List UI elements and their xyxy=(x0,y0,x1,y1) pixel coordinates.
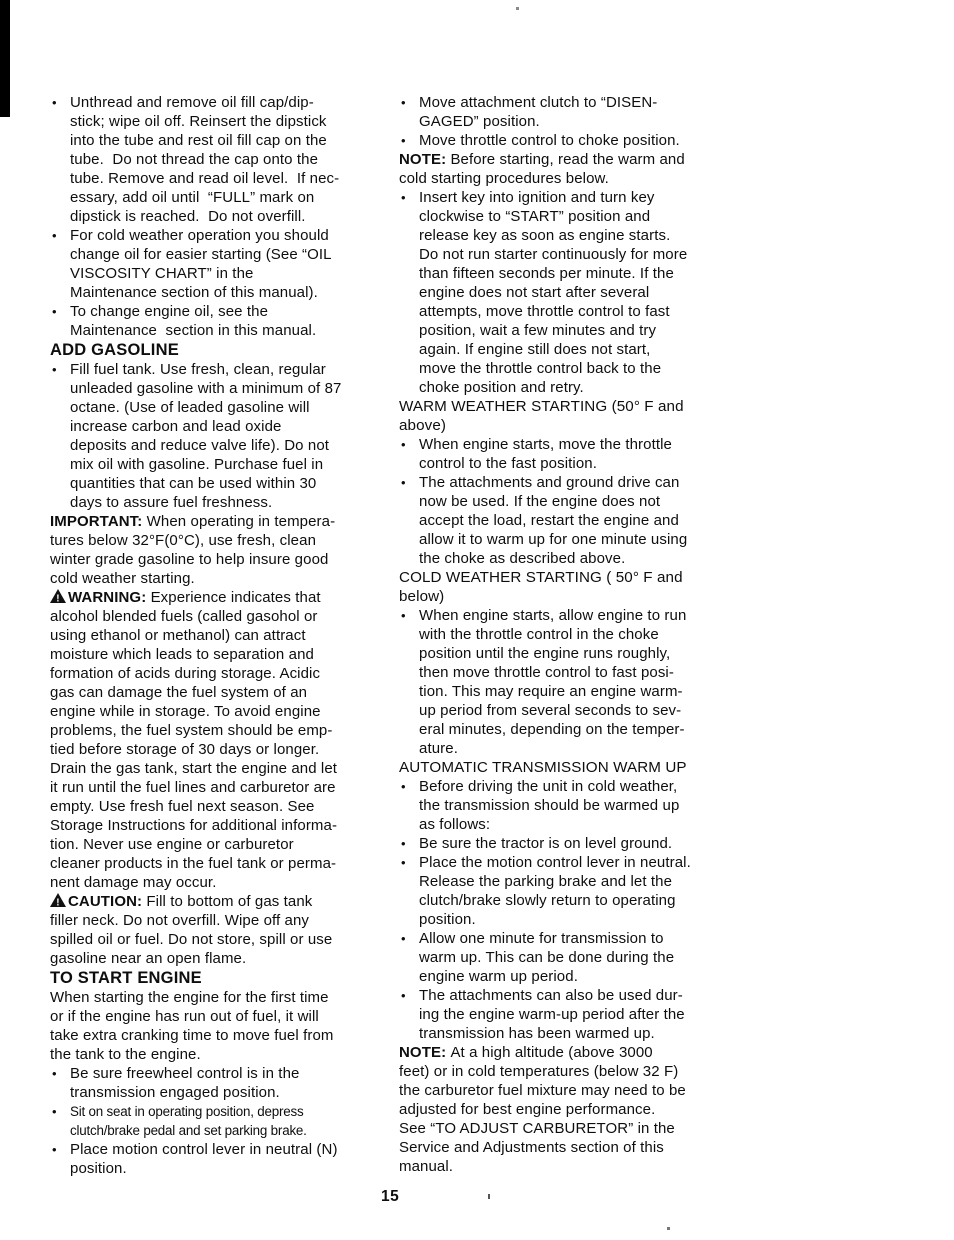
scan-speck xyxy=(488,1194,490,1199)
bullet-icon: • xyxy=(50,302,70,321)
list-item: •Place motion control lever in neutral (… xyxy=(50,1140,390,1178)
bold-lead-in: CAUTION: xyxy=(68,893,146,910)
list-item-text: Be sure freewheel control is in the tran… xyxy=(70,1064,390,1102)
bullet-icon: • xyxy=(399,929,419,948)
list-item-text: When engine starts, move the throttle co… xyxy=(419,435,736,473)
bullet-icon: • xyxy=(50,226,70,245)
bullet-icon: • xyxy=(399,986,419,1005)
left-column: •Unthread and remove oil fill cap/dip- s… xyxy=(50,93,390,1178)
bullet-icon: • xyxy=(399,777,419,796)
warning-paragraph: !WARNING: Experience indicates that alco… xyxy=(50,588,390,892)
para-text: NOTE: Before starting, read the warm and… xyxy=(399,150,736,188)
paragraph: NOTE: Before starting, read the warm and… xyxy=(399,150,736,188)
bullet-icon: • xyxy=(399,93,419,112)
para-text: When starting the engine for the first t… xyxy=(50,988,390,1064)
subhead-warm-weather-starting: WARM WEATHER STARTING (50° F and above) xyxy=(399,397,736,435)
list-item: •Move attachment clutch to “DISEN- GAGED… xyxy=(399,93,736,131)
list-item: •Be sure freewheel control is in the tra… xyxy=(50,1064,390,1102)
list-item-text: To change engine oil, see the Maintenanc… xyxy=(70,302,390,340)
svg-text:!: ! xyxy=(56,594,59,604)
list-item: •Be sure the tractor is on level ground. xyxy=(399,834,736,853)
alert-text: !CAUTION: Fill to bottom of gas tank fil… xyxy=(50,892,390,968)
bullet-icon: • xyxy=(399,131,419,150)
scan-speck xyxy=(516,7,519,10)
list-item-text: Insert key into ignition and turn key cl… xyxy=(419,188,736,397)
list-item: •When engine starts, allow engine to run… xyxy=(399,606,736,758)
list-item: •Place the motion control lever in neutr… xyxy=(399,853,736,929)
subhead-text: AUTOMATIC TRANSMISSION WARM UP xyxy=(399,758,736,777)
bullet-icon: • xyxy=(50,360,70,379)
page-number: 15 xyxy=(381,1188,399,1206)
list-item-text: The attachments can also be used dur- in… xyxy=(419,986,736,1043)
bullet-icon: • xyxy=(50,1064,70,1083)
warning-triangle-icon: ! xyxy=(50,588,66,607)
list-item-text: Be sure the tractor is on level ground. xyxy=(419,834,736,853)
list-item-text: Sit on seat in operating position, depre… xyxy=(70,1102,390,1140)
bullet-icon: • xyxy=(399,606,419,625)
list-item: •Unthread and remove oil fill cap/dip- s… xyxy=(50,93,390,226)
subhead-cold-weather-starting: COLD WEATHER STARTING ( 50° F and below) xyxy=(399,568,736,606)
bullet-icon: • xyxy=(50,1140,70,1159)
para-text: IMPORTANT: When operating in tempera- tu… xyxy=(50,512,390,588)
list-item-text: Place the motion control lever in neutra… xyxy=(419,853,736,929)
subhead-automatic-transmission-warm-up: AUTOMATIC TRANSMISSION WARM UP xyxy=(399,758,736,777)
list-item-text: Fill fuel tank. Use fresh, clean, regula… xyxy=(70,360,390,512)
right-column: •Move attachment clutch to “DISEN- GAGED… xyxy=(399,93,736,1178)
bullet-icon: • xyxy=(399,473,419,492)
alert-text: !WARNING: Experience indicates that alco… xyxy=(50,588,390,892)
page-content: •Unthread and remove oil fill cap/dip- s… xyxy=(50,93,736,1178)
list-item: •To change engine oil, see the Maintenan… xyxy=(50,302,390,340)
scan-artifact-bar xyxy=(0,0,10,117)
list-item: •The attachments can also be used dur- i… xyxy=(399,986,736,1043)
list-item-text: Before driving the unit in cold weather,… xyxy=(419,777,736,834)
bullet-icon: • xyxy=(399,435,419,454)
svg-text:!: ! xyxy=(56,898,59,908)
bullet-icon: • xyxy=(399,853,419,872)
list-item: •Move throttle control to choke position… xyxy=(399,131,736,150)
warning-triangle-icon: ! xyxy=(50,892,66,911)
caution-paragraph: !CAUTION: Fill to bottom of gas tank fil… xyxy=(50,892,390,968)
list-item-text: Allow one minute for transmission to war… xyxy=(419,929,736,986)
list-item: •Sit on seat in operating position, depr… xyxy=(50,1102,390,1140)
list-item-text: For cold weather operation you should ch… xyxy=(70,226,390,302)
bullet-icon: • xyxy=(50,93,70,112)
list-item: •Allow one minute for transmission to wa… xyxy=(399,929,736,986)
list-item-text: When engine starts, allow engine to run … xyxy=(419,606,736,758)
bold-lead-in: WARNING: xyxy=(68,589,151,606)
list-item: •Insert key into ignition and turn key c… xyxy=(399,188,736,397)
paragraph: When starting the engine for the first t… xyxy=(50,988,390,1064)
bullet-icon: • xyxy=(399,834,419,853)
paragraph: IMPORTANT: When operating in tempera- tu… xyxy=(50,512,390,588)
list-item-text: Move throttle control to choke position. xyxy=(419,131,736,150)
list-item: •Before driving the unit in cold weather… xyxy=(399,777,736,834)
subhead-text: COLD WEATHER STARTING ( 50° F and below) xyxy=(399,568,736,606)
bullet-icon: • xyxy=(399,188,419,207)
list-item-text: Move attachment clutch to “DISEN- GAGED”… xyxy=(419,93,736,131)
list-item-text: Unthread and remove oil fill cap/dip- st… xyxy=(70,93,390,226)
heading-add-gasoline: ADD GASOLINE xyxy=(50,341,390,360)
bold-lead-in: IMPORTANT: xyxy=(50,513,147,530)
list-item: •The attachments and ground drive can no… xyxy=(399,473,736,568)
bold-lead-in: NOTE: xyxy=(399,151,450,168)
bullet-icon: • xyxy=(50,1102,70,1121)
heading-text: TO START ENGINE xyxy=(50,969,390,988)
list-item-text: Place motion control lever in neutral (N… xyxy=(70,1140,390,1178)
para-text: NOTE: At a high altitude (above 3000 fee… xyxy=(399,1043,736,1176)
subhead-text: WARM WEATHER STARTING (50° F and above) xyxy=(399,397,736,435)
list-item-text: The attachments and ground drive can now… xyxy=(419,473,736,568)
bold-lead-in: NOTE: xyxy=(399,1044,450,1061)
list-item: •Fill fuel tank. Use fresh, clean, regul… xyxy=(50,360,390,512)
heading-to-start-engine: TO START ENGINE xyxy=(50,969,390,988)
paragraph: NOTE: At a high altitude (above 3000 fee… xyxy=(399,1043,736,1176)
heading-text: ADD GASOLINE xyxy=(50,341,390,360)
list-item: •For cold weather operation you should c… xyxy=(50,226,390,302)
list-item: •When engine starts, move the throttle c… xyxy=(399,435,736,473)
scan-speck xyxy=(667,1227,670,1230)
